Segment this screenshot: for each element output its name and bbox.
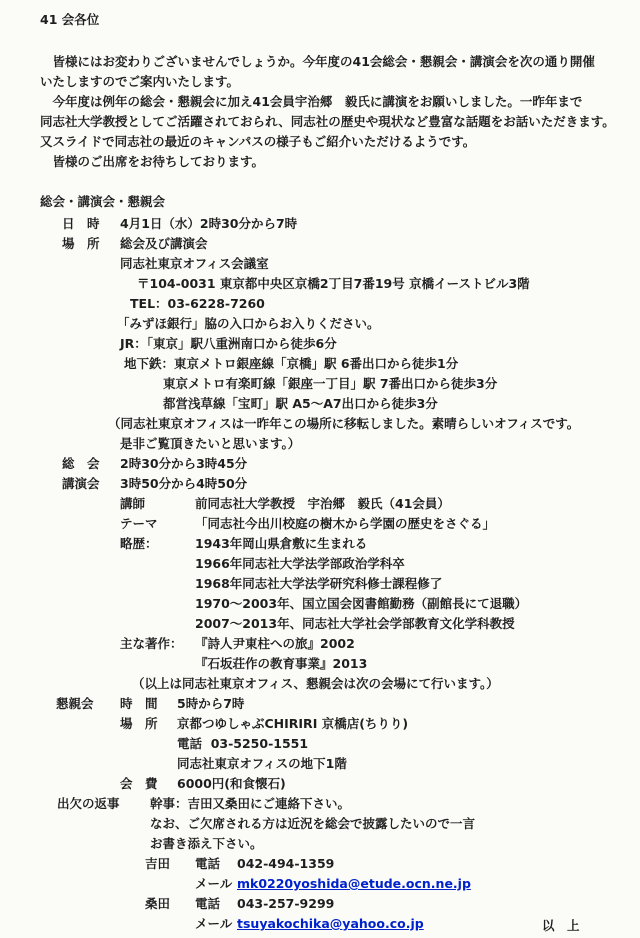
theme-row: テーマ 「同志社今出川校庭の樹木から学園の歴史をさぐる」 — [40, 514, 602, 534]
venue-relocation-note-1: （同志社東京オフィスは一昨年この場所に移転しました。素晴らしいオフィスです。 — [108, 414, 602, 434]
place-value: 総会及び講演会 — [120, 234, 602, 254]
intro-line: 又スライドで同志社の最近のキャンパスの様子もご紹介いただけるようです。 — [40, 132, 602, 152]
closing-ijou: 以 上 — [542, 916, 580, 936]
works-title-1: 『詩人尹東柱への旅』2002 — [195, 634, 602, 654]
venue-entrance-note: 「みずほ銀行」脇の入口からお入りください。 — [117, 314, 602, 334]
scanned-letter-page: 41 会各位 皆様にはお変わりございませんでしょうか。今年度の41会総会・懇親会… — [0, 0, 640, 938]
bio-line: 1970～2003年、国立国会図書館勤務（副館長にて退職） — [195, 594, 602, 614]
bio-line: 1966年同志社大学法学部政治学科卒 — [195, 554, 602, 574]
banquet-venue-note: （以上は同志社東京オフィス、懇親会は次の会場にて行います。） — [132, 674, 602, 694]
place-row: 場 所 総会及び講演会 — [40, 234, 602, 254]
rsvp-line: なお、ご欠席される方は近況を総会で披露したいので一言 — [150, 814, 602, 834]
banquet-place-row: 場 所 京都つゆしゃぶCHIRIRI 京橋店(ちりり) — [40, 714, 602, 734]
contact-phone: 043-257-9299 — [237, 894, 602, 914]
bio-label: 略歴： — [120, 534, 195, 554]
phone-label: 電話 — [195, 854, 237, 874]
contact-yoshida-phone-row: 吉田 電話 042-494-1359 — [40, 854, 602, 874]
theme-title: 「同志社今出川校庭の樹木から学園の歴史をさぐる」 — [195, 514, 602, 534]
phone-label: 電話 — [195, 894, 237, 914]
lecturer-name: 前同志社大学教授 宇治郷 毅氏（41会員） — [195, 494, 602, 514]
access-metro-yurakucho: 東京メトロ有楽町線「銀座一丁目」駅 7番出口から徒歩3分 — [163, 374, 602, 394]
lecture-label: 講演会 — [62, 474, 120, 494]
intro-line: 皆様にはお変わりございませんでしょうか。今年度の41会総会・懇親会・講演会を次の… — [40, 52, 602, 72]
banquet-place-value: 京都つゆしゃぶCHIRIRI 京橋店(ちりり) — [177, 714, 602, 734]
general-assembly-row: 総 会 2時30分から3時45分 — [40, 454, 602, 474]
place-label: 場 所 — [62, 234, 120, 254]
rsvp-row: 出欠の返事 幹事：吉田又桑田にご連絡下さい。 — [40, 794, 602, 814]
general-assembly-label: 総 会 — [62, 454, 120, 474]
access-jr: JR：「東京」駅八重洲南口から徒歩6分 — [120, 334, 602, 354]
datetime-row: 日 時 4月1日（水）2時30分から7時 — [40, 214, 602, 234]
intro-line: 今年度は例年の総会・懇親会に加え41会員宇治郷 毅氏に講演をお願いしました。一昨… — [40, 92, 602, 112]
venue-name: 同志社東京オフィス会議室 — [120, 254, 602, 274]
intro-paragraph: 皆様にはお変わりございませんでしょうか。今年度の41会総会・懇親会・講演会を次の… — [40, 52, 602, 172]
datetime-label: 日 時 — [62, 214, 120, 234]
datetime-value: 4月1日（水）2時30分から7時 — [120, 214, 602, 234]
works-label: 主な著作： — [120, 634, 195, 654]
bio-line: 2007～2013年、同志社大学社会学部教育文化学科教授 — [195, 614, 602, 634]
access-metro-ginza: 地下鉄：東京メトロ銀座線「京橋」駅 6番出口から徒歩1分 — [124, 354, 602, 374]
venue-address: 〒104-0031 東京都中央区京橋2丁目7番19号 京橋イーストビル3階 — [137, 274, 602, 294]
contact-name: 桑田 — [145, 894, 195, 914]
section-title: 総会・講演会・懇親会 — [40, 192, 602, 212]
banquet-fee-label: 会 費 — [120, 774, 177, 794]
contact-kuwata-phone-row: 桑田 電話 043-257-9299 — [40, 894, 602, 914]
general-assembly-time: 2時30分から3時45分 — [120, 454, 602, 474]
bio-line: 1968年同志社大学法学研究科修士課程修了 — [195, 574, 602, 594]
salutation: 41 会各位 — [40, 10, 602, 30]
lecturer-label: 講師 — [120, 494, 195, 514]
meeting-details: 日 時 4月1日（水）2時30分から7時 場 所 総会及び講演会 同志社東京オフ… — [40, 214, 602, 934]
banquet-time-value: 5時から7時 — [177, 694, 602, 714]
banquet-time-row: 懇親会 時 間 5時から7時 — [40, 694, 602, 714]
contact-name-spacer — [145, 914, 195, 934]
venue-tel: TEL：03-6228-7260 — [130, 294, 602, 314]
contact-name-spacer — [145, 874, 195, 894]
rsvp-line: 幹事：吉田又桑田にご連絡下さい。 — [150, 794, 602, 814]
works-title-2: 『石坂荘作の教育事業』2013 — [195, 654, 602, 674]
banquet-fee-row: 会 費 6000円(和食懐石) — [40, 774, 602, 794]
banquet-place-label: 場 所 — [120, 714, 177, 734]
banquet-location: 同志社東京オフィスの地下1階 — [177, 754, 602, 774]
lecturer-row: 講師 前同志社大学教授 宇治郷 毅氏（41会員） — [40, 494, 602, 514]
venue-relocation-note-2: 是非ご覧頂きたいと思います。） — [120, 434, 602, 454]
intro-line: 同志社大学教授としてご活躍されておられ、同志社の歴史や現状など豊富な話題をお話い… — [40, 112, 602, 132]
rsvp-label: 出欠の返事 — [57, 794, 150, 814]
works-row: 主な著作： 『詩人尹東柱への旅』2002 — [40, 634, 602, 654]
kuwata-email-link[interactable]: tsuyakochika@yahoo.co.jp — [237, 914, 424, 934]
contact-name: 吉田 — [145, 854, 195, 874]
banquet-time-label: 時 間 — [120, 694, 177, 714]
bio-line: 1943年岡山県倉敷に生まれる — [195, 534, 602, 554]
banquet-label: 懇親会 — [56, 694, 120, 714]
bio-row: 略歴： 1943年岡山県倉敷に生まれる — [40, 534, 602, 554]
contact-phone: 042-494-1359 — [237, 854, 602, 874]
contact-yoshida-mail-row: メール mk0220yoshida@etude.ocn.ne.jp — [40, 874, 602, 894]
lecture-row: 講演会 3時50分から4時50分 — [40, 474, 602, 494]
theme-label: テーマ — [120, 514, 195, 534]
mail-label: メール — [195, 914, 237, 934]
banquet-fee-value: 6000円(和食懐石) — [177, 774, 602, 794]
intro-line: いたしますのでご案内いたします。 — [40, 72, 602, 92]
mail-label: メール — [195, 874, 237, 894]
intro-line: 皆様のご出席をお待ちしております。 — [40, 152, 602, 172]
banquet-tel: 電話 03-5250-1551 — [177, 734, 602, 754]
yoshida-email-link[interactable]: mk0220yoshida@etude.ocn.ne.jp — [237, 874, 471, 894]
access-toei-asakusa: 都営浅草線「宝町」駅 A5～A7出口から徒歩3分 — [163, 394, 602, 414]
rsvp-line: お書き添え下さい。 — [150, 834, 602, 854]
lecture-time: 3時50分から4時50分 — [120, 474, 602, 494]
contact-kuwata-mail-row: メール tsuyakochika@yahoo.co.jp — [40, 914, 602, 934]
